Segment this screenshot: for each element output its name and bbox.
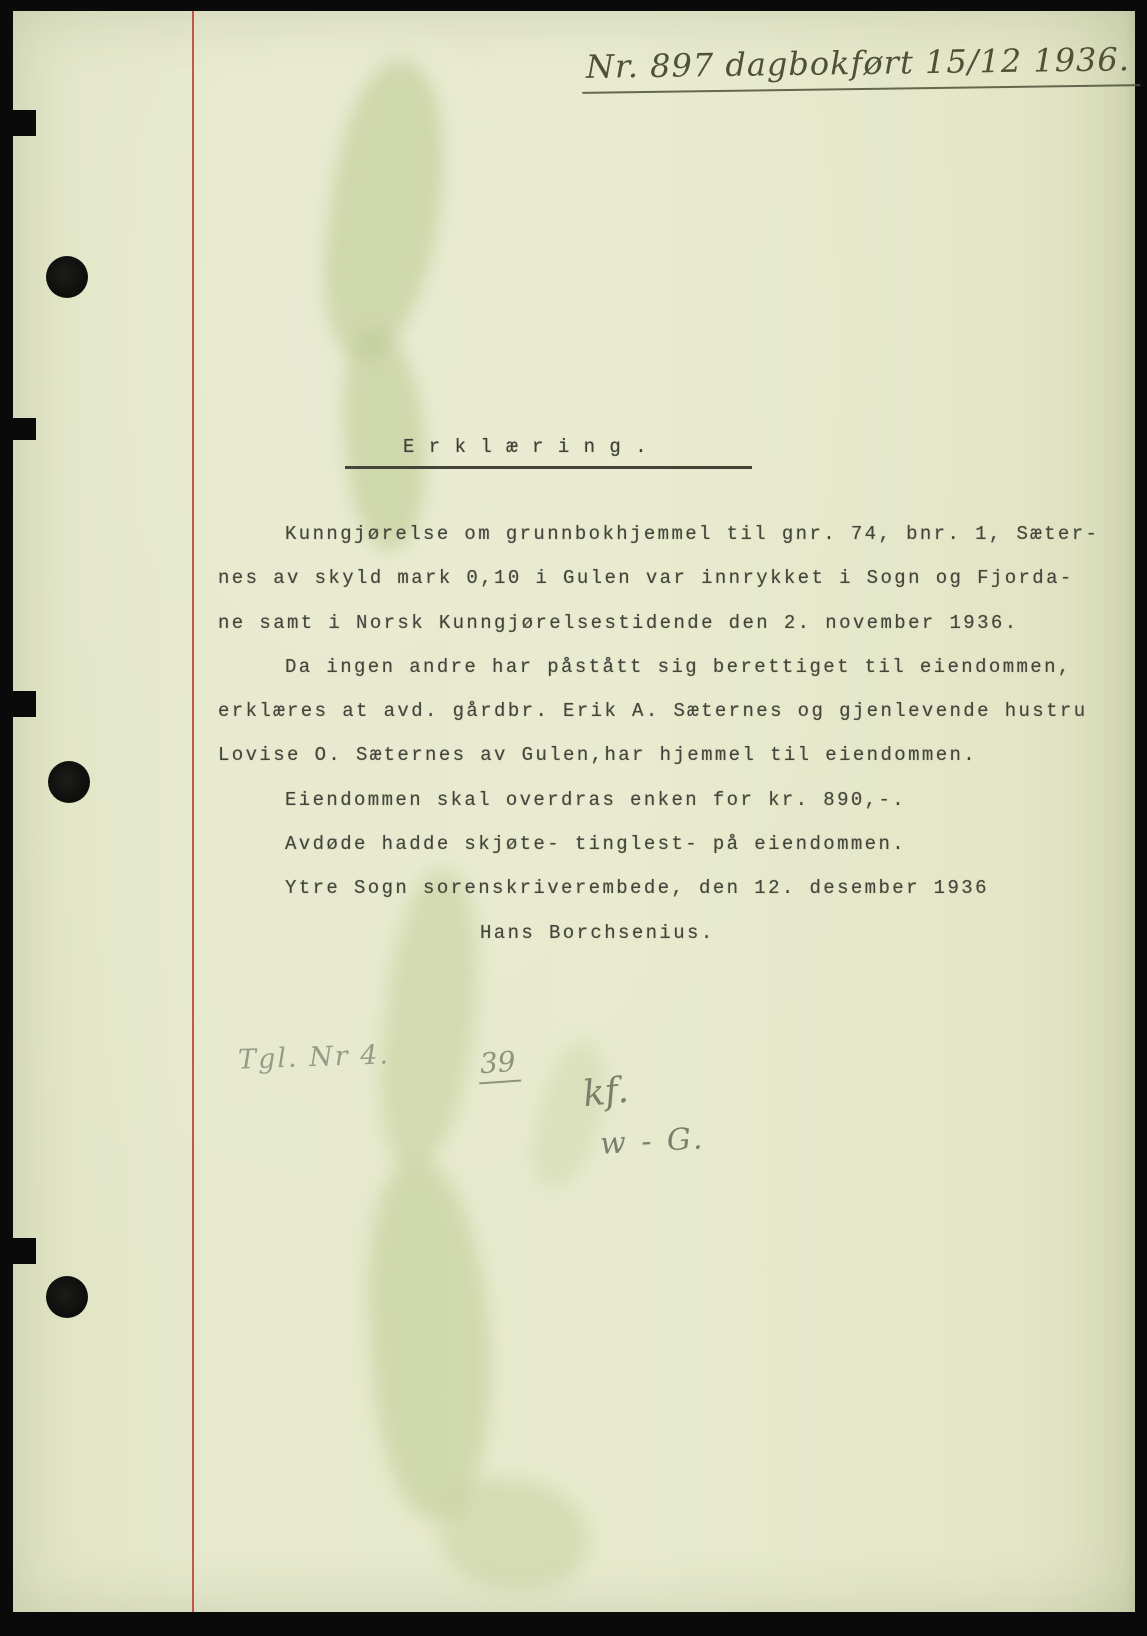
body-line: Eiendommen skal overdras enken for kr. 8…	[218, 778, 1098, 822]
body-line: ne samt i Norsk Kunngjørelsestidende den…	[218, 601, 1098, 645]
document-body: Kunngjørelse om grunnbokhjemmel til gnr.…	[218, 512, 1098, 955]
punch-hole	[46, 1276, 88, 1318]
scan-edge-notch	[0, 110, 36, 136]
punch-hole	[48, 761, 90, 803]
signature-line: Hans Borchsenius.	[218, 911, 1098, 955]
body-line: erklæres at avd. gårdbr. Erik A. Sæterne…	[218, 689, 1098, 733]
scanned-document-page: { "scan": { "header_annotation": "Nr. 89…	[0, 0, 1147, 1636]
pencil-number-annotation: 39	[477, 1045, 521, 1085]
body-line: Lovise O. Sæternes av Gulen,har hjemmel …	[218, 733, 1098, 777]
pencil-initials-top: kf.	[581, 1070, 630, 1116]
pencil-initials-bottom: w - G.	[599, 1121, 706, 1161]
scan-edge-notch	[0, 1238, 36, 1264]
pencil-register-note: Tgl. Nr 4.	[238, 1039, 391, 1075]
body-line: nes av skyld mark 0,10 i Gulen var innry…	[218, 556, 1098, 600]
scan-edge-notch	[0, 691, 36, 717]
body-line: Ytre Sogn sorenskriverembede, den 12. de…	[218, 866, 1098, 910]
document-title: E r k l æ r i n g .	[345, 436, 752, 469]
scan-edge-notch	[0, 418, 36, 440]
journal-entry-annotation: Nr. 897 dagbokført 15/12 1936.	[582, 40, 1141, 94]
body-line: Da ingen andre har påstått sig berettige…	[218, 645, 1098, 689]
margin-rule-line	[192, 11, 194, 1612]
body-line: Kunngjørelse om grunnbokhjemmel til gnr.…	[218, 512, 1098, 556]
punch-hole	[46, 256, 88, 298]
body-line: Avdøde hadde skjøte- tinglest- på eiendo…	[218, 822, 1098, 866]
